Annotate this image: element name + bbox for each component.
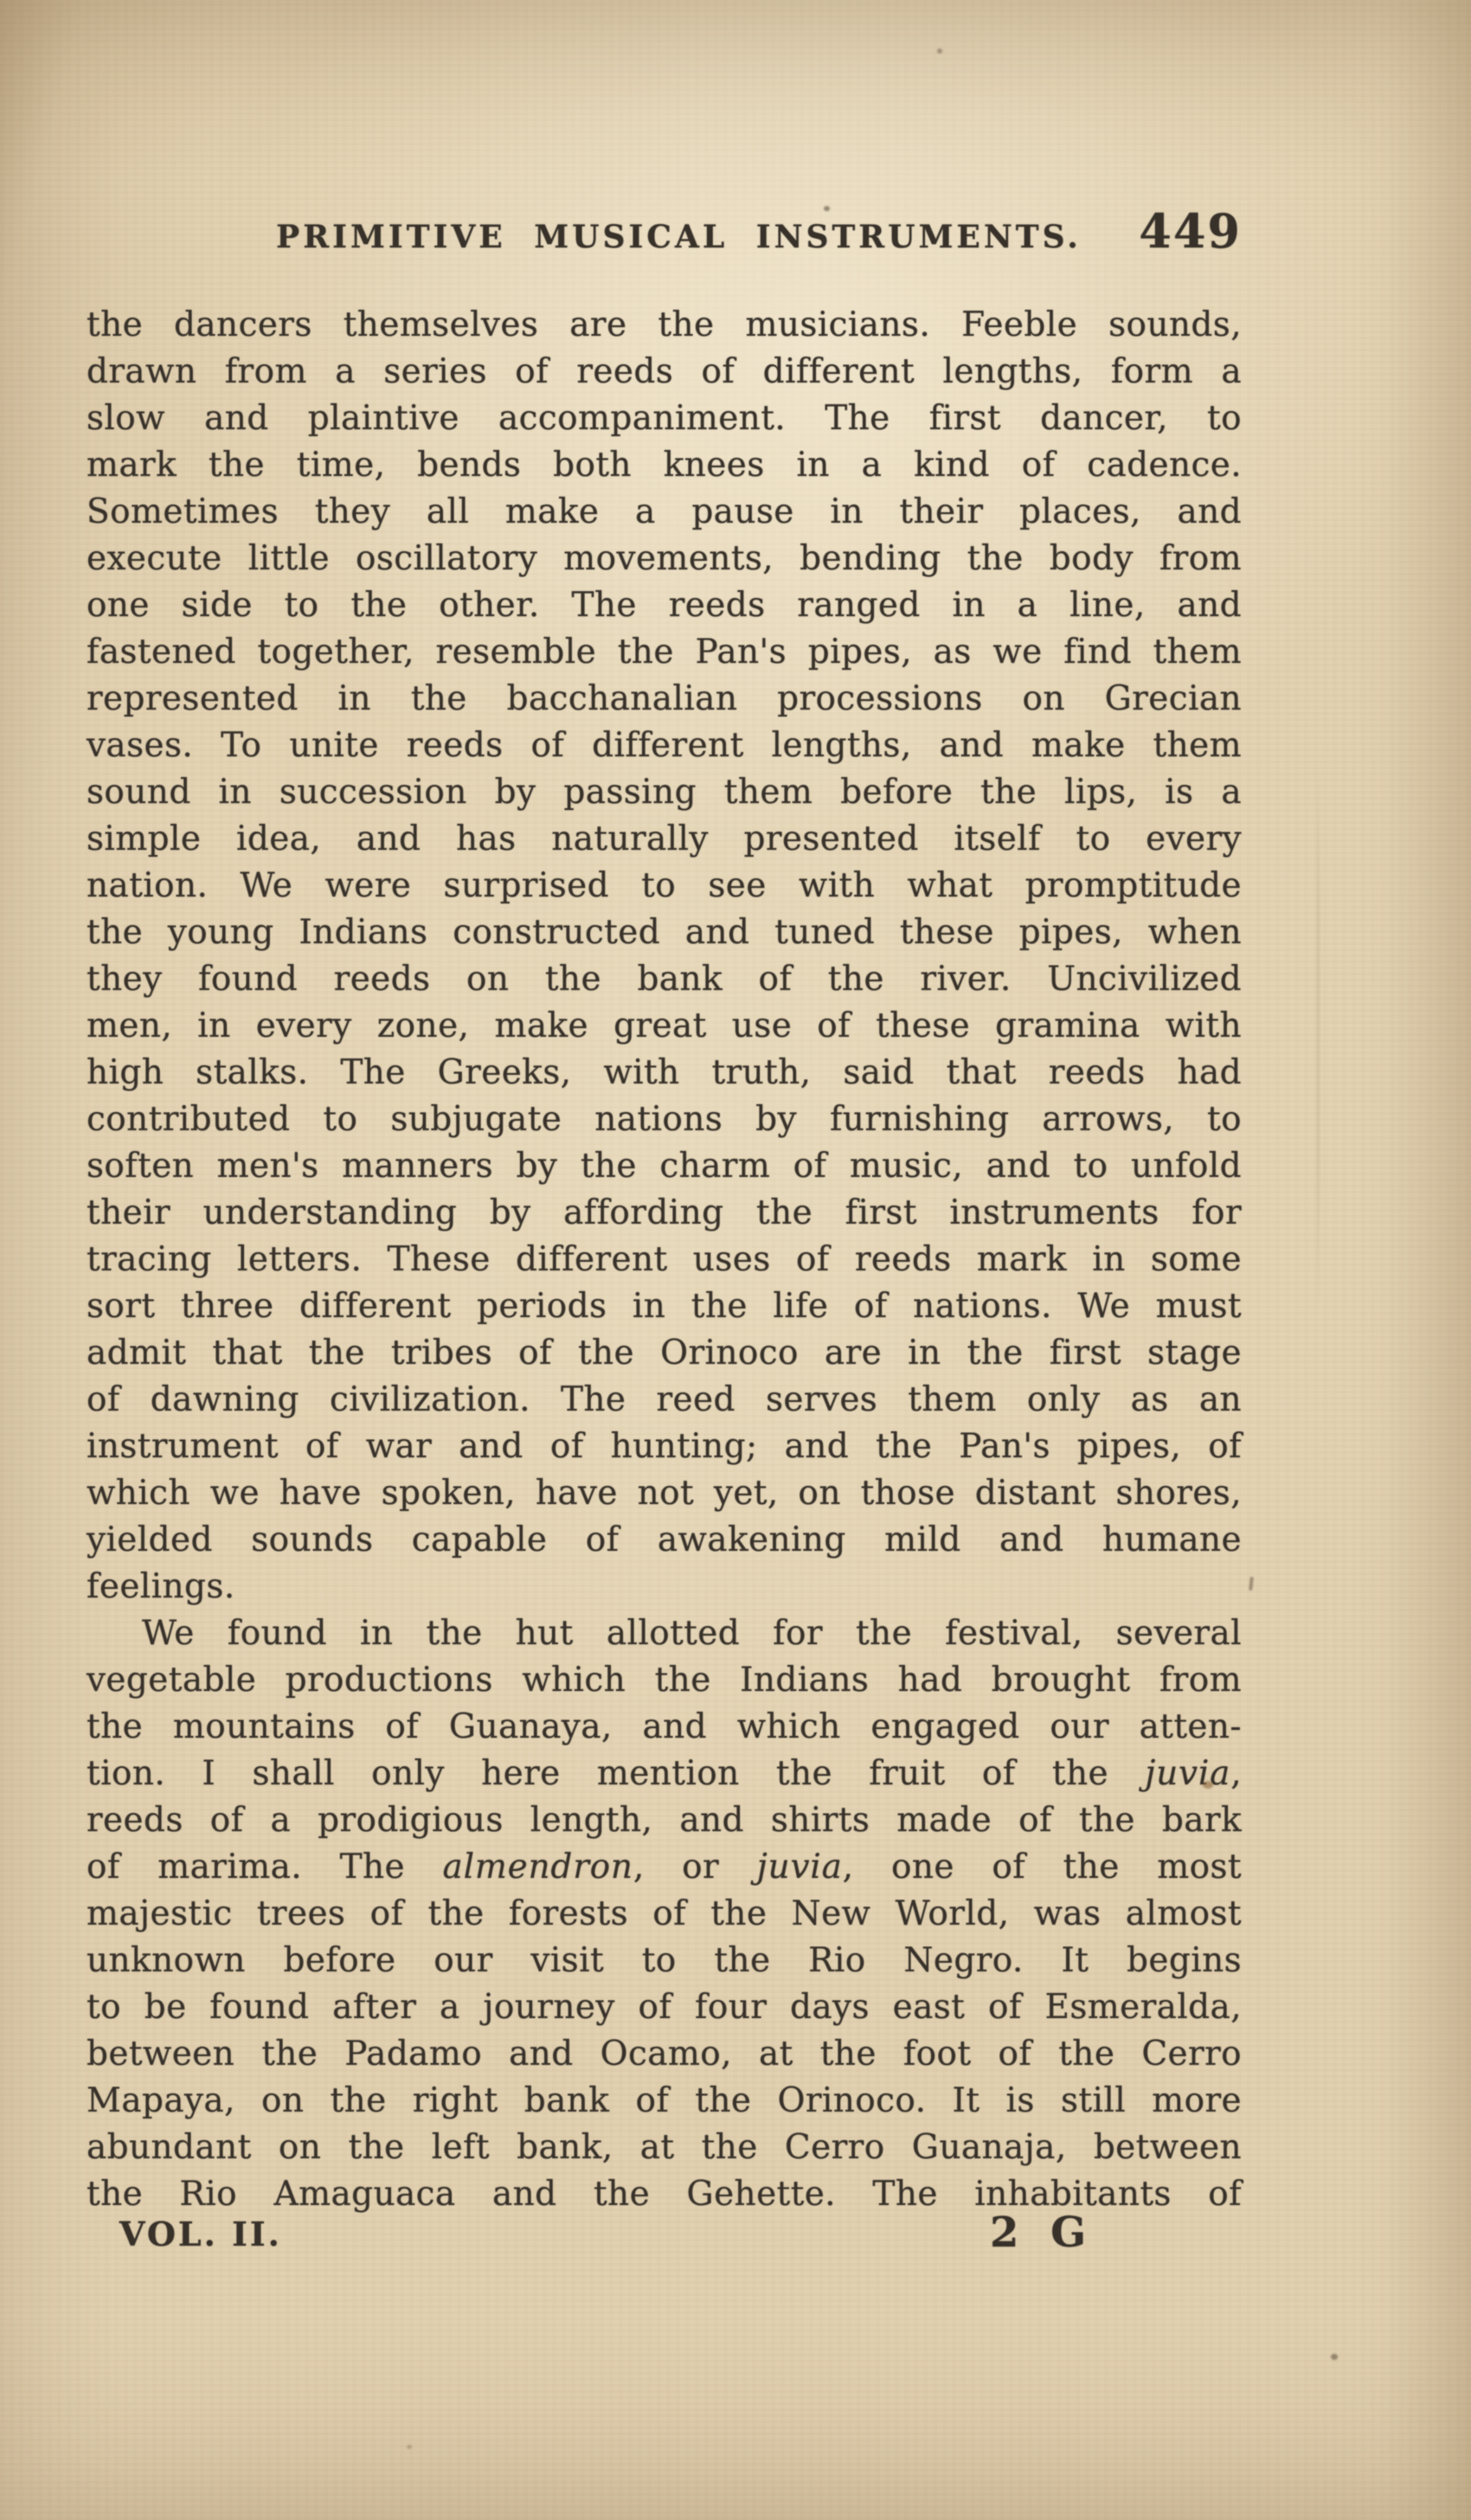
text-line: We found in the hut allotted for the fes…: [87, 1610, 1242, 1657]
text-line: simple idea, and has naturally presented…: [87, 816, 1242, 863]
text-line: one side to the other. The reeds ranged …: [87, 582, 1242, 629]
book-page: PRIMITIVE MUSICAL INSTRUMENTS. 449 the d…: [0, 0, 1471, 2520]
paper-speck: [1203, 1781, 1213, 1789]
text-line: Sometimes they all make a pause in their…: [87, 489, 1242, 536]
text-line: represented in the bacchanalian processi…: [87, 676, 1242, 723]
text-line: they found reeds on the bank of the rive…: [87, 956, 1242, 1003]
text-line: abundant on the left bank, at the Cerro …: [87, 2125, 1242, 2171]
text-line: between the Padamo and Ocamo, at the foo…: [87, 2031, 1242, 2078]
text-line: the dancers themselves are the musicians…: [87, 302, 1242, 349]
paper-speck: [407, 2445, 412, 2449]
paper-crease: [1317, 762, 1320, 1315]
signature-mark: 2 G: [990, 2212, 1095, 2253]
text-line: nation. We were surprised to see with wh…: [87, 863, 1242, 910]
text-line: drawn from a series of reeds of differen…: [87, 349, 1242, 395]
text-line: Mapaya, on the right bank of the Orinoco…: [87, 2078, 1242, 2125]
text-line: of dawning civilization. The reed serves…: [87, 1377, 1242, 1424]
text-line: feelings.: [87, 1564, 1242, 1610]
text-line: slow and plaintive accompaniment. The fi…: [87, 395, 1242, 442]
text-line: their understanding by affording the fir…: [87, 1190, 1242, 1237]
text-line: reeds of a prodigious length, and shirts…: [87, 1797, 1242, 1844]
text-line: instrument of war and of hunting; and th…: [87, 1424, 1242, 1470]
text-line: the young Indians constructed and tuned …: [87, 910, 1242, 956]
text-line: vegetable productions which the Indians …: [87, 1657, 1242, 1704]
text-line: mark the time, bends both knees in a kin…: [87, 442, 1242, 489]
page-number: 449: [1139, 208, 1242, 254]
text-line: vases. To unite reeds of different lengt…: [87, 723, 1242, 769]
text-line: contributed to subjugate nations by furn…: [87, 1096, 1242, 1143]
text-line: to be found after a journey of four days…: [87, 1984, 1242, 2031]
text-line: which we have spoken, have not yet, on t…: [87, 1470, 1242, 1517]
running-title: PRIMITIVE MUSICAL INSTRUMENTS.: [87, 218, 1242, 256]
text-line: sort three different periods in the life…: [87, 1283, 1242, 1330]
volume-label: VOL. II.: [119, 2217, 282, 2252]
text-line: men, in every zone, make great use of th…: [87, 1003, 1242, 1050]
text-line: yielded sounds capable of awakening mild…: [87, 1517, 1242, 1564]
text-line: execute little oscillatory movements, be…: [87, 536, 1242, 582]
text-line: tion. I shall only here mention the frui…: [87, 1751, 1242, 1797]
text-line: unknown before our visit to the Rio Negr…: [87, 1938, 1242, 1984]
paper-speck: [824, 206, 830, 211]
text-line: soften men's manners by the charm of mus…: [87, 1143, 1242, 1190]
text-line: sound in succession by passing them befo…: [87, 769, 1242, 816]
text-line: of marima. The almendron, or juvia, one …: [87, 1844, 1242, 1891]
page-header: PRIMITIVE MUSICAL INSTRUMENTS. 449: [87, 218, 1242, 270]
text-line: admit that the tribes of the Orinoco are…: [87, 1330, 1242, 1377]
page-footer: VOL. II. 2 G: [87, 2212, 1242, 2264]
text-line: fastened together, resemble the Pan's pi…: [87, 629, 1242, 676]
text-line: majestic trees of the forests of the New…: [87, 1891, 1242, 1938]
text-line: tracing letters. These different uses of…: [87, 1237, 1242, 1283]
paper-speck: [1249, 1577, 1254, 1591]
text-block: the dancers themselves are the musicians…: [87, 302, 1242, 2218]
paper-speck: [937, 48, 942, 54]
text-line: high stalks. The Greeks, with truth, sai…: [87, 1050, 1242, 1096]
text-line: the mountains of Guanaya, and which enga…: [87, 1704, 1242, 1751]
paper-speck: [1331, 2354, 1338, 2360]
